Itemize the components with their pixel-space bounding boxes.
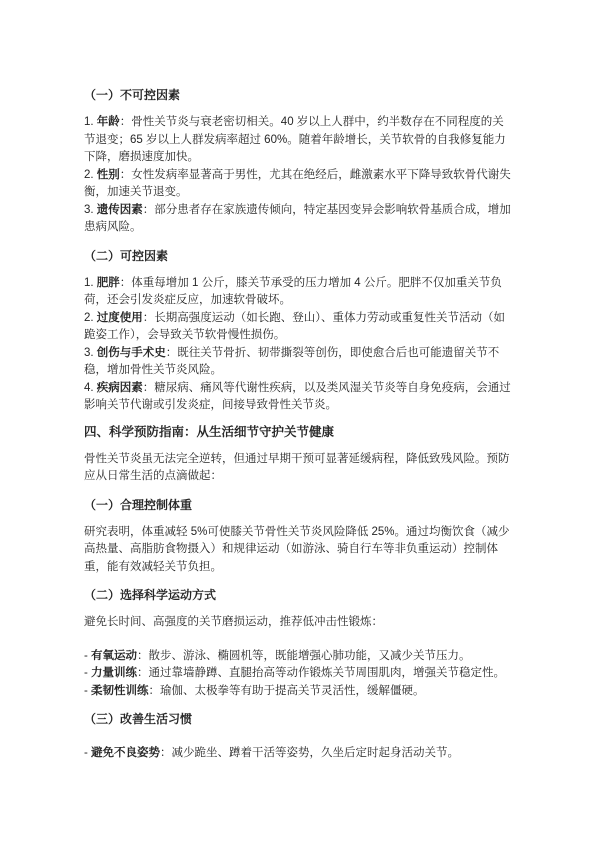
item-term: 有氧运动 bbox=[91, 650, 137, 662]
item-text: ：散步、游泳、椭圆机等，既能增强心肺功能，又减少关节压力。 bbox=[137, 650, 471, 662]
bullet-item-posture: - 避免不良姿势：减少跪坐、蹲着干活等姿势，久坐后定时起身活动关节。 bbox=[84, 745, 512, 763]
item-number: 3. bbox=[84, 347, 97, 359]
list-item-overuse: 2. 过度使用：长期高强度运动（如长跑、登山）、重体力劳动或重复性关节活动（如跪… bbox=[84, 310, 512, 345]
item-text: ：体重每增加 1 公斤，膝关节承受的压力增加 4 公斤。肥胖不仅加重关节负荷，还… bbox=[84, 277, 502, 307]
item-text: ：糖尿病、痛风等代谢性疾病，以及类风湿关节炎等自身免疫病，会通过影响关节代谢或引… bbox=[84, 382, 511, 412]
item-term: 遗传因素 bbox=[97, 204, 143, 216]
item-term: 柔韧性训练 bbox=[91, 685, 149, 697]
heading-exercise-method: （二）选择科学运动方式 bbox=[84, 586, 512, 605]
item-term: 力量训练 bbox=[91, 667, 137, 679]
bullet-item-aerobic: - 有氧运动：散步、游泳、椭圆机等，既能增强心肺功能，又减少关节压力。 bbox=[84, 648, 512, 666]
bullet-item-strength: - 力量训练：通过靠墙静蹲、直腿抬高等动作锻炼关节周围肌肉，增强关节稳定性。 bbox=[84, 665, 512, 683]
list-item-obesity: 1. 肥胖：体重每增加 1 公斤，膝关节承受的压力增加 4 公斤。肥胖不仅加重关… bbox=[84, 275, 512, 310]
item-text: ：骨性关节炎与衰老密切相关。40 岁以上人群中，约半数存在不同程度的关节退变；6… bbox=[84, 116, 506, 163]
heading-uncontrollable-factors: （一）不可控因素 bbox=[84, 86, 512, 105]
item-text: ：瑜伽、太极拳等有助于提高关节灵活性，缓解僵硬。 bbox=[149, 685, 425, 697]
paragraph-weight-control: 研究表明，体重减轻 5%可使膝关节骨性关节炎风险降低 25%。通过均衡饮食（减少… bbox=[84, 524, 512, 577]
item-number: 1. bbox=[84, 277, 97, 289]
item-number: 2. bbox=[84, 312, 97, 324]
item-number: 4. bbox=[84, 382, 97, 394]
paragraph-exercise-intro: 避免长时间、高强度的关节磨损运动，推荐低冲击性锻炼： bbox=[84, 614, 512, 632]
document-page: （一）不可控因素 1. 年龄：骨性关节炎与衰老密切相关。40 岁以上人群中，约半… bbox=[0, 0, 595, 841]
item-text: ：部分患者存在家族遗传倾向，特定基因变异会影响软骨基质合成，增加患病风险。 bbox=[84, 204, 511, 234]
bullet-dash: - bbox=[84, 685, 91, 697]
numbered-list-controllable: 1. 肥胖：体重每增加 1 公斤，膝关节承受的压力增加 4 公斤。肥胖不仅加重关… bbox=[84, 275, 512, 415]
item-number: 2. bbox=[84, 169, 97, 181]
list-item-trauma: 3. 创伤与手术史：既往关节骨折、韧带撕裂等创伤，即使愈合后也可能遗留关节不稳，… bbox=[84, 345, 512, 380]
paragraph-prevention-intro: 骨性关节炎虽无法完全逆转，但通过早期干预可显著延缓病程，降低致残风险。预防应从日… bbox=[84, 451, 512, 486]
item-term: 性别 bbox=[97, 169, 120, 181]
heading-weight-control: （一）合理控制体重 bbox=[84, 496, 512, 515]
numbered-list-uncontrollable: 1. 年龄：骨性关节炎与衰老密切相关。40 岁以上人群中，约半数存在不同程度的关… bbox=[84, 114, 512, 237]
bullet-list-habits: - 避免不良姿势：减少跪坐、蹲着干活等姿势，久坐后定时起身活动关节。 bbox=[84, 745, 512, 763]
bullet-item-flexibility: - 柔韧性训练：瑜伽、太极拳等有助于提高关节灵活性，缓解僵硬。 bbox=[84, 683, 512, 701]
item-term: 创伤与手术史 bbox=[97, 347, 166, 359]
bullet-dash: - bbox=[84, 650, 91, 662]
item-number: 1. bbox=[84, 116, 97, 128]
list-item-disease: 4. 疾病因素：糖尿病、痛风等代谢性疾病，以及类风湿关节炎等自身免疫病，会通过影… bbox=[84, 380, 512, 415]
bullet-list-exercise: - 有氧运动：散步、游泳、椭圆机等，既能增强心肺功能，又减少关节压力。 - 力量… bbox=[84, 648, 512, 701]
item-text: ：长期高强度运动（如长跑、登山）、重体力劳动或重复性关节活动（如跪姿工作），会导… bbox=[84, 312, 505, 342]
bullet-dash: - bbox=[84, 667, 91, 679]
heading-life-habits: （三）改善生活习惯 bbox=[84, 710, 512, 729]
item-term: 年龄 bbox=[97, 116, 120, 128]
list-item-age: 1. 年龄：骨性关节炎与衰老密切相关。40 岁以上人群中，约半数存在不同程度的关… bbox=[84, 114, 512, 167]
item-term: 避免不良姿势 bbox=[91, 747, 160, 759]
item-term: 过度使用 bbox=[97, 312, 143, 324]
item-term: 疾病因素 bbox=[97, 382, 143, 394]
item-text: ：女性发病率显著高于男性，尤其在绝经后，雌激素水平下降导致软骨代谢失衡，加速关节… bbox=[84, 169, 511, 199]
item-number: 3. bbox=[84, 204, 97, 216]
heading-prevention-guide: 四、科学预防指南：从生活细节守护关节健康 bbox=[84, 423, 512, 442]
list-item-gender: 2. 性别：女性发病率显著高于男性，尤其在绝经后，雌激素水平下降导致软骨代谢失衡… bbox=[84, 167, 512, 202]
item-text: ：减少跪坐、蹲着干活等姿势，久坐后定时起身活动关节。 bbox=[160, 747, 459, 759]
bullet-dash: - bbox=[84, 747, 91, 759]
list-item-genetics: 3. 遗传因素：部分患者存在家族遗传倾向，特定基因变异会影响软骨基质合成，增加患… bbox=[84, 202, 512, 237]
heading-controllable-factors: （二）可控因素 bbox=[84, 247, 512, 266]
item-term: 肥胖 bbox=[97, 277, 120, 289]
item-text: ：通过靠墙静蹲、直腿抬高等动作锻炼关节周围肌肉，增强关节稳定性。 bbox=[137, 667, 505, 679]
